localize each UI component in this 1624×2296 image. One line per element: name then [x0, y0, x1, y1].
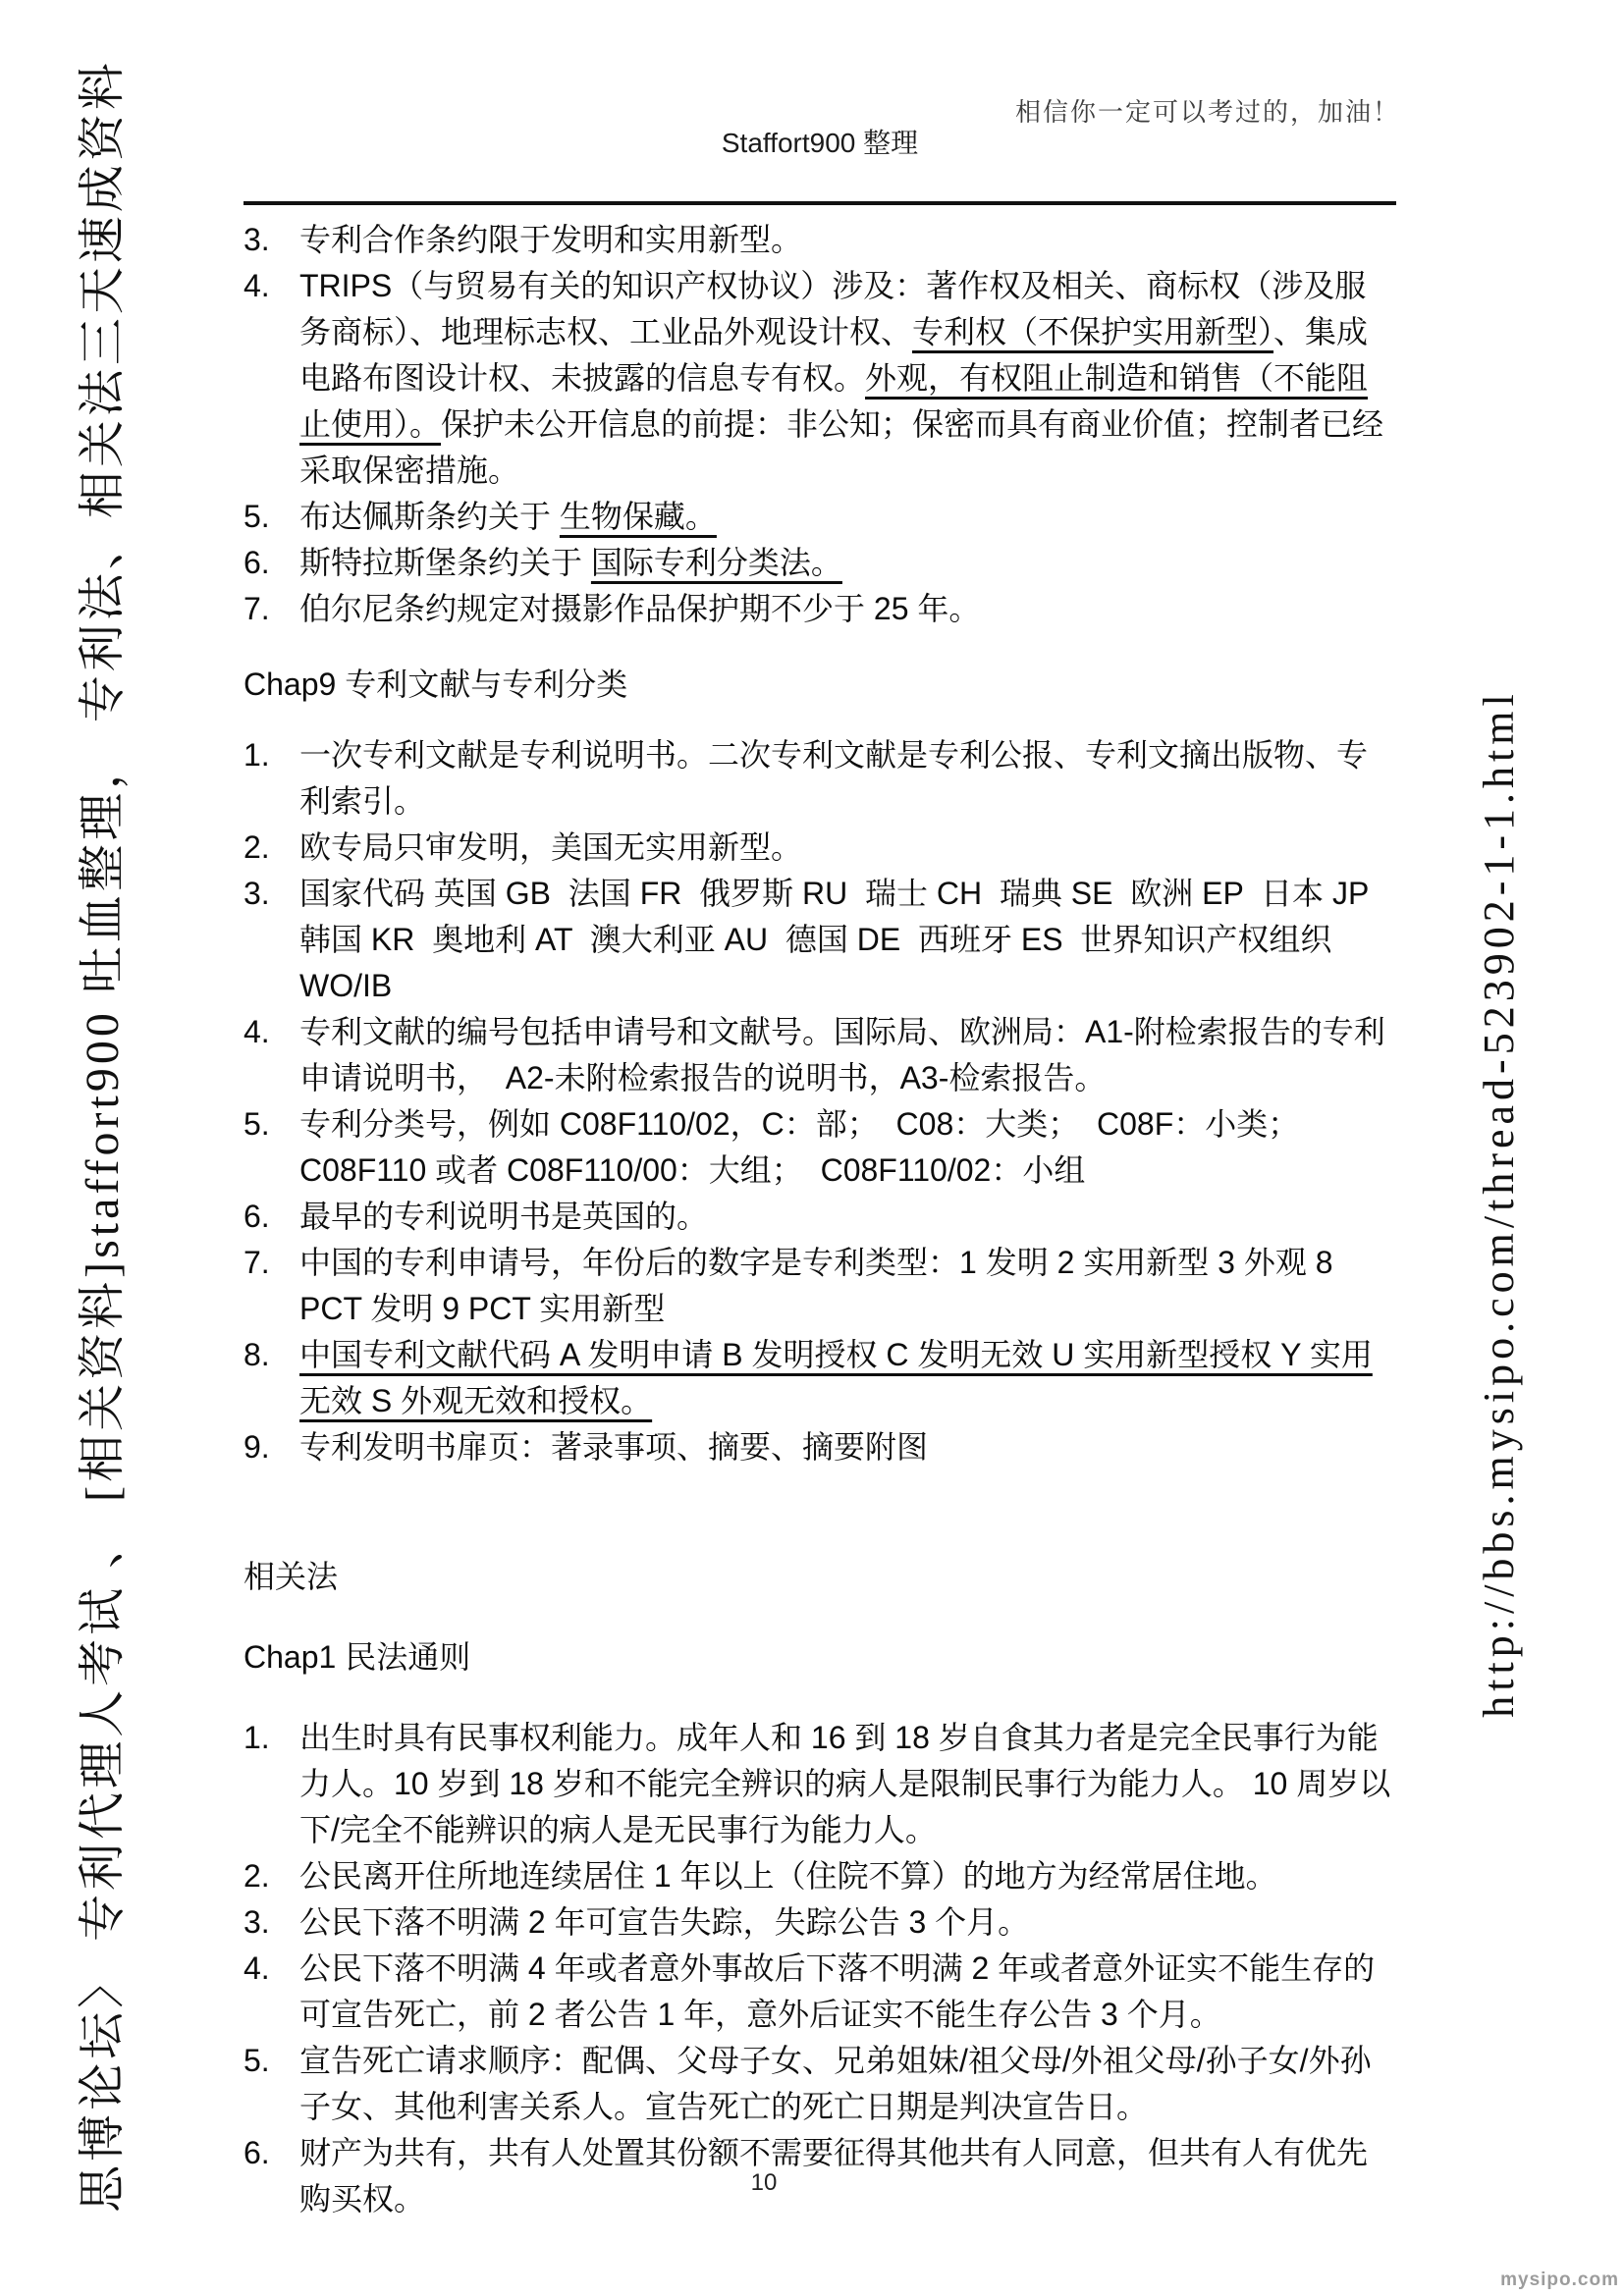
- list-item: 5.专利分类号，例如 C08F110/02，C：部； C08：大类； C08F：…: [244, 1101, 1396, 1194]
- list-item: 6.财产为共有，共有人处置其份额不需要征得其他共有人同意，但共有人有优先购买权。: [244, 2130, 1396, 2222]
- list-item-text: 专利分类号，例如 C08F110/02，C：部； C08：大类； C08F：小类…: [299, 1101, 1396, 1194]
- chap9-heading: Chap9 专利文献与专利分类: [244, 662, 1396, 708]
- list-item: 4.TRIPS（与贸易有关的知识产权协议）涉及：著作权及相关、商标权（涉及服务商…: [244, 263, 1396, 494]
- list-item-text: 专利合作条约限于发明和实用新型。: [299, 217, 1396, 263]
- chap1-heading: Chap1 民法通则: [244, 1634, 1396, 1681]
- list-item-text: 财产为共有，共有人处置其份额不需要征得其他共有人同意，但共有人有优先购买权。: [299, 2130, 1396, 2222]
- list-item: 6.最早的专利说明书是英国的。: [244, 1194, 1396, 1240]
- list-item-number: 7.: [244, 586, 299, 632]
- list-item-number: 8.: [244, 1332, 299, 1378]
- list-item-text: 最早的专利说明书是英国的。: [299, 1194, 1396, 1240]
- list-item-number: 9.: [244, 1424, 299, 1470]
- list-item: 1.一次专利文献是专利说明书。二次专利文献是专利公报、专利文摘出版物、专利索引。: [244, 732, 1396, 825]
- list-item-number: 7.: [244, 1240, 299, 1286]
- header-rule: [244, 201, 1396, 205]
- list-item-number: 5.: [244, 1101, 299, 1148]
- list-item: 6.斯特拉斯堡条约关于 国际专利分类法。: [244, 540, 1396, 586]
- list-item: 5.布达佩斯条约关于 生物保藏。: [244, 494, 1396, 540]
- related-law-heading: 相关法: [244, 1554, 1396, 1600]
- list-item: 3.国家代码 英国 GB 法国 FR 俄罗斯 RU 瑞士 CH 瑞典 SE 欧洲…: [244, 871, 1396, 1009]
- list-item-text: 宣告死亡请求顺序：配偶、父母子女、兄弟姐妹/祖父母/外祖父母/孙子女/外孙子女、…: [299, 2038, 1396, 2130]
- document-header: Staffort900 整理: [244, 122, 1396, 161]
- list-item-number: 6.: [244, 2130, 299, 2176]
- list-item-number: 4.: [244, 263, 299, 309]
- list-item: 9.专利发明书扉页：著录事项、摘要、摘要附图: [244, 1424, 1396, 1470]
- list-item-text: TRIPS（与贸易有关的知识产权协议）涉及：著作权及相关、商标权（涉及服务商标）…: [299, 263, 1396, 494]
- list-item-number: 3.: [244, 217, 299, 263]
- page-number: 10: [734, 2169, 793, 2197]
- list-item-number: 4.: [244, 1946, 299, 1992]
- list-item: 3.专利合作条约限于发明和实用新型。: [244, 217, 1396, 263]
- list-item-number: 3.: [244, 871, 299, 917]
- list-item-text: 中国的专利申请号，年份后的数字是专利类型：1 发明 2 实用新型 3 外观 8 …: [299, 1240, 1396, 1332]
- site-watermark: mysipo.com: [1500, 2269, 1619, 2291]
- list-item: 7.中国的专利申请号，年份后的数字是专利类型：1 发明 2 实用新型 3 外观 …: [244, 1240, 1396, 1332]
- list-item-number: 4.: [244, 1009, 299, 1055]
- chap9-list: 1.一次专利文献是专利说明书。二次专利文献是专利公报、专利文摘出版物、专利索引。…: [244, 732, 1396, 1470]
- list-item-text: 专利发明书扉页：著录事项、摘要、摘要附图: [299, 1424, 1396, 1470]
- list-item-text: 公民离开住所地连续居住 1 年以上（住院不算）的地方为经常居住地。: [299, 1853, 1396, 1899]
- list-item: 2.欧专局只审发明，美国无实用新型。: [244, 825, 1396, 871]
- list-item-text: 伯尔尼条约规定对摄影作品保护期不少于 25 年。: [299, 586, 1396, 632]
- list-item-number: 6.: [244, 1194, 299, 1240]
- list-item-number: 5.: [244, 494, 299, 540]
- list-item: 4.公民下落不明满 4 年或者意外事故后下落不明满 2 年或者意外证实不能生存的…: [244, 1946, 1396, 2038]
- list-item-text: 中国专利文献代码 A 发明申请 B 发明授权 C 发明无效 U 实用新型授权 Y…: [299, 1332, 1396, 1424]
- source-url-watermark-text: http://bbs.mysipo.com/thread-523902-1-1.…: [1474, 556, 1531, 1851]
- left-margin-watermark-text: 思博论坛〉 专利代理人考试 、 [相关资料]staffort900 吐血整理， …: [64, 56, 123, 2216]
- list-item-text: 公民下落不明满 2 年可宣告失踪，失踪公告 3 个月。: [299, 1899, 1396, 1946]
- list-item-number: 3.: [244, 1899, 299, 1946]
- treaty-list: 3.专利合作条约限于发明和实用新型。4.TRIPS（与贸易有关的知识产权协议）涉…: [244, 217, 1396, 632]
- list-item-text: 出生时具有民事权利能力。成年人和 16 到 18 岁自食其力者是完全民事行为能力…: [299, 1715, 1396, 1853]
- list-item-number: 5.: [244, 2038, 299, 2084]
- list-item-number: 1.: [244, 1715, 299, 1761]
- list-item: 4.专利文献的编号包括申请号和文献号。国际局、欧洲局：A1-附检索报告的专利申请…: [244, 1009, 1396, 1101]
- list-item-text: 布达佩斯条约关于 生物保藏。: [299, 494, 1396, 540]
- list-item-text: 公民下落不明满 4 年或者意外事故后下落不明满 2 年或者意外证实不能生存的可宣…: [299, 1946, 1396, 2038]
- document-body: 3.专利合作条约限于发明和实用新型。4.TRIPS（与贸易有关的知识产权协议）涉…: [244, 201, 1396, 2222]
- list-item: 3.公民下落不明满 2 年可宣告失踪，失踪公告 3 个月。: [244, 1899, 1396, 1946]
- document-page: 相信你一定可以考过的，加油！ Staffort900 整理 思博论坛〉 专利代理…: [0, 0, 1624, 2296]
- list-item-text: 专利文献的编号包括申请号和文献号。国际局、欧洲局：A1-附检索报告的专利申请说明…: [299, 1009, 1396, 1101]
- list-item: 5.宣告死亡请求顺序：配偶、父母子女、兄弟姐妹/祖父母/外祖父母/孙子女/外孙子…: [244, 2038, 1396, 2130]
- list-item: 8.中国专利文献代码 A 发明申请 B 发明授权 C 发明无效 U 实用新型授权…: [244, 1332, 1396, 1424]
- list-item: 2.公民离开住所地连续居住 1 年以上（住院不算）的地方为经常居住地。: [244, 1853, 1396, 1899]
- list-item-text: 一次专利文献是专利说明书。二次专利文献是专利公报、专利文摘出版物、专利索引。: [299, 732, 1396, 825]
- chap1-list: 1.出生时具有民事权利能力。成年人和 16 到 18 岁自食其力者是完全民事行为…: [244, 1715, 1396, 2222]
- list-item: 7.伯尔尼条约规定对摄影作品保护期不少于 25 年。: [244, 586, 1396, 632]
- list-item-number: 2.: [244, 825, 299, 871]
- list-item-number: 2.: [244, 1853, 299, 1899]
- list-item-text: 欧专局只审发明，美国无实用新型。: [299, 825, 1396, 871]
- list-item-number: 6.: [244, 540, 299, 586]
- list-item-text: 斯特拉斯堡条约关于 国际专利分类法。: [299, 540, 1396, 586]
- list-item: 1.出生时具有民事权利能力。成年人和 16 到 18 岁自食其力者是完全民事行为…: [244, 1715, 1396, 1853]
- list-item-number: 1.: [244, 732, 299, 778]
- list-item-text: 国家代码 英国 GB 法国 FR 俄罗斯 RU 瑞士 CH 瑞典 SE 欧洲 E…: [299, 871, 1396, 1009]
